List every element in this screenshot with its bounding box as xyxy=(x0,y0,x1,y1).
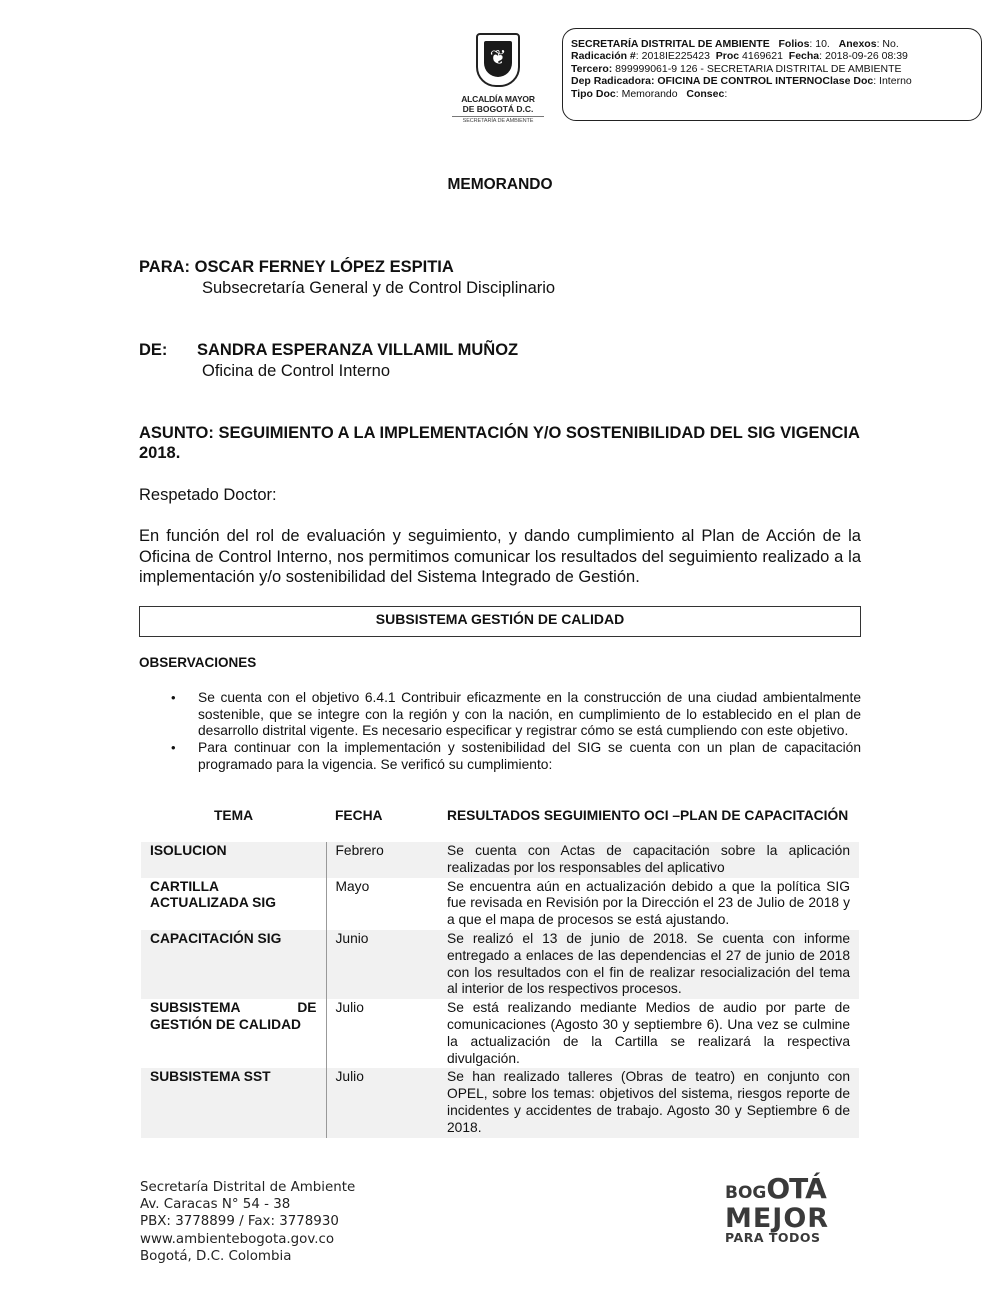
cell-fecha: Mayo xyxy=(326,878,438,930)
anexos-value: : No. xyxy=(877,38,899,50)
footer-address: Secretaría Distrital de Ambiente Av. Car… xyxy=(140,1179,355,1265)
dep-label: Dep Radicadora: OFICINA DE CONTROL INTER… xyxy=(571,75,873,87)
section-title: SUBSISTEMA GESTIÓN DE CALIDAD xyxy=(139,606,861,637)
alcaldia-logo: ❦ ALCALDÍA MAYOR DE BOGOTÁ D.C. SECRETAR… xyxy=(448,33,548,133)
de-line: DE:SANDRA ESPERANZA VILLAMIL MUÑOZ xyxy=(139,341,861,360)
intro-paragraph: En función del rol de evaluación y segui… xyxy=(139,526,861,588)
footer-line: Bogotá, D.C. Colombia xyxy=(140,1248,355,1265)
radicado-line-2: Radicación #: 2018IE225423 Proc 4169621 … xyxy=(571,50,973,62)
folios-label: Folios xyxy=(779,38,810,50)
entity-name: SECRETARÍA DISTRITAL DE AMBIENTE xyxy=(571,38,770,50)
de-label: DE: xyxy=(139,341,197,360)
logo-line-3: SECRETARÍA DE AMBIENTE xyxy=(448,118,548,125)
bullet-icon: • xyxy=(171,740,176,757)
cell-fecha: Julio xyxy=(326,999,438,1068)
footer-line: PBX: 3778899 / Fax: 3778930 xyxy=(140,1213,355,1230)
cell-tema: CARTILLA ACTUALIZADA SIG xyxy=(141,878,326,930)
table-row: SUBSISTEMA DE GESTIÓN DE CALIDAD Julio S… xyxy=(141,999,859,1068)
table-row: CARTILLA ACTUALIZADA SIG Mayo Se encuent… xyxy=(141,878,859,930)
fecha-label: Fecha xyxy=(789,50,819,62)
column-header-tema: TEMA xyxy=(141,808,326,842)
tercero-value: 899999061-9 126 - SECRETARIA DISTRITAL D… xyxy=(615,63,901,75)
slogan-line-1: BOGOTÁ xyxy=(725,1176,865,1206)
anexos-label: Anexos xyxy=(839,38,877,50)
radicado-line-4: Dep Radicadora: OFICINA DE CONTROL INTER… xyxy=(571,75,973,87)
slogan-line-2: MEJOR xyxy=(725,1206,865,1231)
list-item: • Para continuar con la implementación y… xyxy=(139,740,861,773)
cell-tema: ISOLUCION xyxy=(141,842,326,878)
salutation: Respetado Doctor: xyxy=(139,486,861,505)
radicacion-value: : 2018IE225423 xyxy=(636,50,710,62)
cell-resultado: Se encuentra aún en actualización debido… xyxy=(438,878,859,930)
table-header-row: TEMA FECHA RESULTADOS SEGUIMIENTO OCI –P… xyxy=(141,808,859,842)
asunto: ASUNTO: SEGUIMIENTO A LA IMPLEMENTACIÓN … xyxy=(139,423,861,463)
folios-value: : 10. xyxy=(809,38,829,50)
cell-tema: SUBSISTEMA DE GESTIÓN DE CALIDAD xyxy=(141,999,326,1068)
consec-label: Consec xyxy=(686,88,724,100)
tercero-label: Tercero: xyxy=(571,63,612,75)
radicado-line-1: SECRETARÍA DISTRITAL DE AMBIENTE Folios:… xyxy=(571,38,973,50)
fecha-value: : 2018-09-26 08:39 xyxy=(819,50,908,62)
logo-divider xyxy=(452,116,544,117)
dep-value: : Interno xyxy=(873,75,912,87)
radicacion-label: Radicación # xyxy=(571,50,636,62)
footer-line: Secretaría Distrital de Ambiente xyxy=(140,1179,355,1196)
logo-line-1: ALCALDÍA MAYOR xyxy=(448,94,548,104)
logo-line-2: DE BOGOTÁ D.C. xyxy=(448,104,548,114)
para-name: OSCAR FERNEY LÓPEZ ESPITIA xyxy=(195,258,454,276)
column-header-resultados: RESULTADOS SEGUIMIENTO OCI –PLAN DE CAPA… xyxy=(438,808,859,842)
cell-tema: CAPACITACIÓN SIG xyxy=(141,930,326,999)
radicado-line-5: Tipo Doc: Memorando Consec: xyxy=(571,88,973,100)
tipo-doc-label: Tipo Doc xyxy=(571,88,616,100)
cell-fecha: Febrero xyxy=(326,842,438,878)
de-name: SANDRA ESPERANZA VILLAMIL MUÑOZ xyxy=(197,341,518,359)
para-line: PARA: OSCAR FERNEY LÓPEZ ESPITIA xyxy=(139,258,861,277)
observaciones-title: OBSERVACIONES xyxy=(139,655,861,670)
observaciones-list: • Se cuenta con el objetivo 6.4.1 Contri… xyxy=(139,690,861,774)
cell-resultado: Se realizó el 13 de junio de 2018. Se cu… xyxy=(438,930,859,999)
cell-resultado: Se cuenta con Actas de capacitación sobr… xyxy=(438,842,859,878)
slogan-big: OTÁ xyxy=(766,1172,825,1205)
table-row: CAPACITACIÓN SIG Junio Se realizó el 13 … xyxy=(141,930,859,999)
radicado-line-3: Tercero: 899999061-9 126 - SECRETARIA DI… xyxy=(571,63,973,75)
tipo-doc-value: : Memorando xyxy=(616,88,678,100)
list-item: • Se cuenta con el objetivo 6.4.1 Contri… xyxy=(139,690,861,740)
proc-value: 4169621 xyxy=(742,50,783,62)
consec-value: : xyxy=(724,88,727,100)
footer-line: Av. Caracas N° 54 - 38 xyxy=(140,1196,355,1213)
table-row: ISOLUCION Febrero Se cuenta con Actas de… xyxy=(141,842,859,878)
capacitacion-table: TEMA FECHA RESULTADOS SEGUIMIENTO OCI –P… xyxy=(141,808,859,1138)
slogan-line-3: PARA TODOS xyxy=(725,1231,865,1245)
cell-fecha: Julio xyxy=(326,1068,438,1137)
slogan-small: BOG xyxy=(725,1183,766,1203)
bullet-icon: • xyxy=(171,690,176,707)
list-item-text: Para continuar con la implementación y s… xyxy=(198,740,861,772)
cell-resultado: Se han realizado talleres (Obras de teat… xyxy=(438,1068,859,1137)
de-dependency: Oficina de Control Interno xyxy=(202,362,924,381)
list-item-text: Se cuenta con el objetivo 6.4.1 Contribu… xyxy=(198,690,861,738)
column-header-fecha: FECHA xyxy=(326,808,438,842)
table-row: SUBSISTEMA SST Julio Se han realizado ta… xyxy=(141,1068,859,1137)
bogota-coat-of-arms-icon: ❦ xyxy=(476,33,520,87)
document-title: MEMORANDO xyxy=(0,176,1000,194)
radicado-stamp: SECRETARÍA DISTRITAL DE AMBIENTE Folios:… xyxy=(562,28,982,121)
para-dependency: Subsecretaría General y de Control Disci… xyxy=(202,279,924,298)
proc-label: Proc xyxy=(716,50,739,62)
bogota-mejor-logo: BOGOTÁ MEJOR PARA TODOS xyxy=(725,1176,865,1245)
cell-fecha: Junio xyxy=(326,930,438,999)
cell-resultado: Se está realizando mediante Medios de au… xyxy=(438,999,859,1068)
cell-tema: SUBSISTEMA SST xyxy=(141,1068,326,1137)
footer-website-link[interactable]: www.ambientebogota.gov.co xyxy=(140,1231,355,1248)
para-label: PARA: xyxy=(139,258,190,276)
